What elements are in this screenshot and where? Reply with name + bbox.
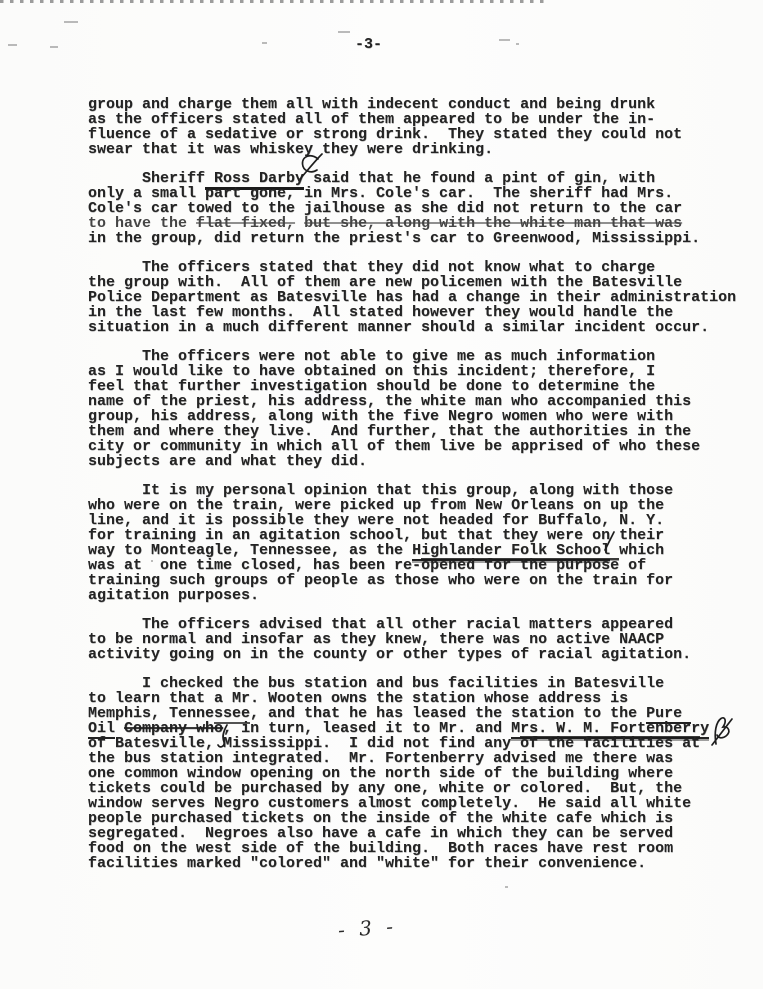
paragraph: It is my personal opinion that this grou… bbox=[88, 483, 736, 603]
text-line: I checked the bus station and bus facili… bbox=[88, 676, 736, 691]
text-line: only a small part gone, in Mrs. Cole's c… bbox=[88, 186, 736, 201]
paragraph: group and charge them all with indecent … bbox=[88, 97, 736, 157]
handwritten-looped-slash-mark-icon bbox=[214, 724, 230, 750]
text-line: The officers were not able to give me as… bbox=[88, 349, 736, 364]
text-line: subjects are and what they did. bbox=[88, 454, 736, 469]
text-line: in the group, did return the priest's ca… bbox=[88, 231, 736, 246]
scan-artifact bbox=[516, 43, 519, 45]
text-segment: swear that it was whiskey they were drin… bbox=[88, 141, 493, 158]
text-line: swear that it was whiskey they were drin… bbox=[88, 142, 736, 157]
text-line: the group with. All of them are new poli… bbox=[88, 275, 736, 290]
paragraph: Sheriff Ross Darby said that he found a … bbox=[88, 171, 736, 246]
paragraph: The officers advised that all other raci… bbox=[88, 617, 736, 662]
text-line: agitation purposes. bbox=[88, 588, 736, 603]
text-line: way to Monteagle, Tennessee, as the High… bbox=[88, 543, 736, 558]
text-line: in the last few months. All stated howev… bbox=[88, 305, 736, 320]
text-line: segregated. Negroes also have a cafe in … bbox=[88, 826, 736, 841]
text-line: tickets could be purchased by any one, w… bbox=[88, 781, 736, 796]
text-line: who were on the train, were picked up fr… bbox=[88, 498, 736, 513]
text-line: was at one time closed, has been re-open… bbox=[88, 558, 736, 573]
text-line: to be normal and insofar as they knew, t… bbox=[88, 632, 736, 647]
handwritten-caret-slash-mark-icon bbox=[603, 531, 617, 551]
document-body: group and charge them all with indecent … bbox=[88, 97, 736, 885]
scan-edge-dotted-artifact bbox=[0, 0, 548, 3]
text-segment: agitation purposes. bbox=[88, 587, 259, 604]
text-line: of Batesville, Mississippi. I did not fi… bbox=[88, 736, 736, 751]
text-line: situation in a much different manner sho… bbox=[88, 320, 736, 335]
scan-artifact bbox=[262, 42, 267, 44]
handwritten-script-b-mark-icon bbox=[709, 715, 735, 747]
text-line: Cole's car towed to the jailhouse as she… bbox=[88, 201, 736, 216]
text-line: group, his address, along with the five … bbox=[88, 409, 736, 424]
text-segment: facilities marked "colored" and "white" … bbox=[88, 855, 646, 872]
scan-artifact bbox=[64, 21, 78, 23]
text-line: activity going on in the county or other… bbox=[88, 647, 736, 662]
text-line: for training in an agitation school, but… bbox=[88, 528, 736, 543]
scan-artifact bbox=[8, 44, 17, 46]
text-line: facilities marked "colored" and "white" … bbox=[88, 856, 736, 871]
text-line: feel that further investigation should b… bbox=[88, 379, 736, 394]
text-line: Oil Company who, in turn, leased it to M… bbox=[88, 721, 736, 736]
text-segment: situation in a much different manner sho… bbox=[88, 319, 709, 336]
text-line: Police Department as Batesville has had … bbox=[88, 290, 736, 305]
text-segment: activity going on in the county or other… bbox=[88, 646, 691, 663]
text-line: It is my personal opinion that this grou… bbox=[88, 483, 736, 498]
text-line: window serves Negro customers almost com… bbox=[88, 796, 736, 811]
scanned-document-page: -3- group and charge them all with indec… bbox=[0, 0, 763, 989]
text-line: fluence of a sedative or strong drink. T… bbox=[88, 127, 736, 142]
scan-artifact bbox=[505, 886, 508, 888]
paragraph: The officers stated that they did not kn… bbox=[88, 260, 736, 335]
scan-artifact bbox=[338, 31, 350, 33]
scan-artifact bbox=[50, 46, 58, 48]
text-line: as the officers stated all of them appea… bbox=[88, 112, 736, 127]
text-segment: subjects are and what they did. bbox=[88, 453, 367, 470]
text-line: people purchased tickets on the inside o… bbox=[88, 811, 736, 826]
text-line: The officers advised that all other raci… bbox=[88, 617, 736, 632]
text-line: The officers stated that they did not kn… bbox=[88, 260, 736, 275]
text-line: Memphis, Tennessee, and that he has leas… bbox=[88, 706, 736, 721]
handwritten-script-c-mark-icon bbox=[294, 152, 326, 180]
page-number-footer-handwritten: - 3 - bbox=[337, 914, 397, 942]
scan-artifact bbox=[499, 39, 510, 41]
text-line: city or community in which all of them l… bbox=[88, 439, 736, 454]
text-line: training such groups of people as those … bbox=[88, 573, 736, 588]
text-line: the bus station integrated. Mr. Fortenbe… bbox=[88, 751, 736, 766]
text-line: line, and it is possible they were not h… bbox=[88, 513, 736, 528]
text-line: food on the west side of the building. B… bbox=[88, 841, 736, 856]
text-line: to learn that a Mr. Wooten owns the stat… bbox=[88, 691, 736, 706]
text-line: as I would like to have obtained on this… bbox=[88, 364, 736, 379]
text-line: them and where they live. And further, t… bbox=[88, 424, 736, 439]
text-line: group and charge them all with indecent … bbox=[88, 97, 736, 112]
text-segment: in the group, did return the priest's ca… bbox=[88, 230, 700, 247]
paragraph: I checked the bus station and bus facili… bbox=[88, 676, 736, 871]
text-line: one common window opening on the north s… bbox=[88, 766, 736, 781]
text-line: Sheriff Ross Darby said that he found a … bbox=[88, 171, 736, 186]
text-line: name of the priest, his address, the whi… bbox=[88, 394, 736, 409]
page-number-header: -3- bbox=[355, 37, 382, 52]
paragraph: The officers were not able to give me as… bbox=[88, 349, 736, 469]
text-line: to have the flat fixed, but she, along w… bbox=[88, 216, 736, 231]
